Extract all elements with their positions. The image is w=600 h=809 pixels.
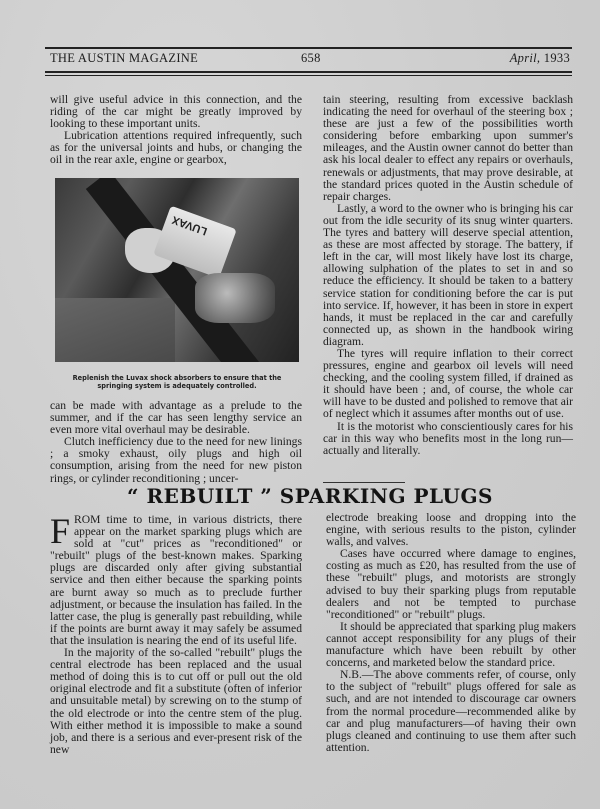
photo-shock-absorber [195,273,275,323]
left-column-bottom: can be made with advantage as a prelude … [50,400,302,485]
drop-cap: F [50,516,70,546]
page-number: 658 [301,51,321,66]
can-label: LUVAX [170,213,208,237]
article-headline: “ REBUILT ” SPARKING PLUGS [50,484,570,508]
right-column-top: tain steering, resulting from excessive … [323,94,573,457]
issue-year: 1933 [544,51,570,65]
luvax-photo: LUVAX [55,178,299,362]
paragraph: FROM time to time, in various districts,… [50,514,302,647]
header-bottom-rule [45,71,572,73]
paragraph: Cases have occurred where damage to engi… [326,548,576,621]
left-column-top: will give useful advice in this connecti… [50,94,302,167]
paragraph: electrode breaking loose and dropping in… [326,512,576,548]
paragraph: N.B.—The above comments refer, of course… [326,669,576,754]
plugs-right-column: electrode breaking loose and dropping in… [326,512,576,754]
running-header: THE AUSTIN MAGAZINE 658 April, 1933 [50,51,570,69]
paragraph: tain steering, resulting from excessive … [323,94,573,203]
section-divider [323,482,405,483]
photo-floor [55,298,175,362]
issue-date: April, 1933 [510,51,570,66]
paragraph-text: ROM time to time, in various districts, … [50,513,302,647]
photo-caption: Replenish the Luvax shock absorbers to e… [60,375,294,390]
header-bottom-rule-thin [45,75,572,76]
issue-month: April, [510,51,541,65]
paragraph: It is the motorist who conscientiously c… [323,421,573,457]
header-top-rule [45,47,572,49]
magazine-page: THE AUSTIN MAGAZINE 658 April, 1933 will… [0,0,600,809]
magazine-title: THE AUSTIN MAGAZINE [50,51,198,66]
paragraph: will give useful advice in this connecti… [50,94,302,130]
paragraph: In the majority of the so-called "rebuil… [50,647,302,756]
paragraph: can be made with advantage as a prelude … [50,400,302,436]
paragraph: It should be appreciated that sparking p… [326,621,576,669]
paragraph: Lastly, a word to the owner who is bring… [323,203,573,348]
plugs-left-column: FROM time to time, in various districts,… [50,514,302,756]
paragraph: Lubrication attentions required infreque… [50,130,302,166]
paragraph: Clutch inefficiency due to the need for … [50,436,302,484]
paragraph: The tyres will require inflation to thei… [323,348,573,421]
